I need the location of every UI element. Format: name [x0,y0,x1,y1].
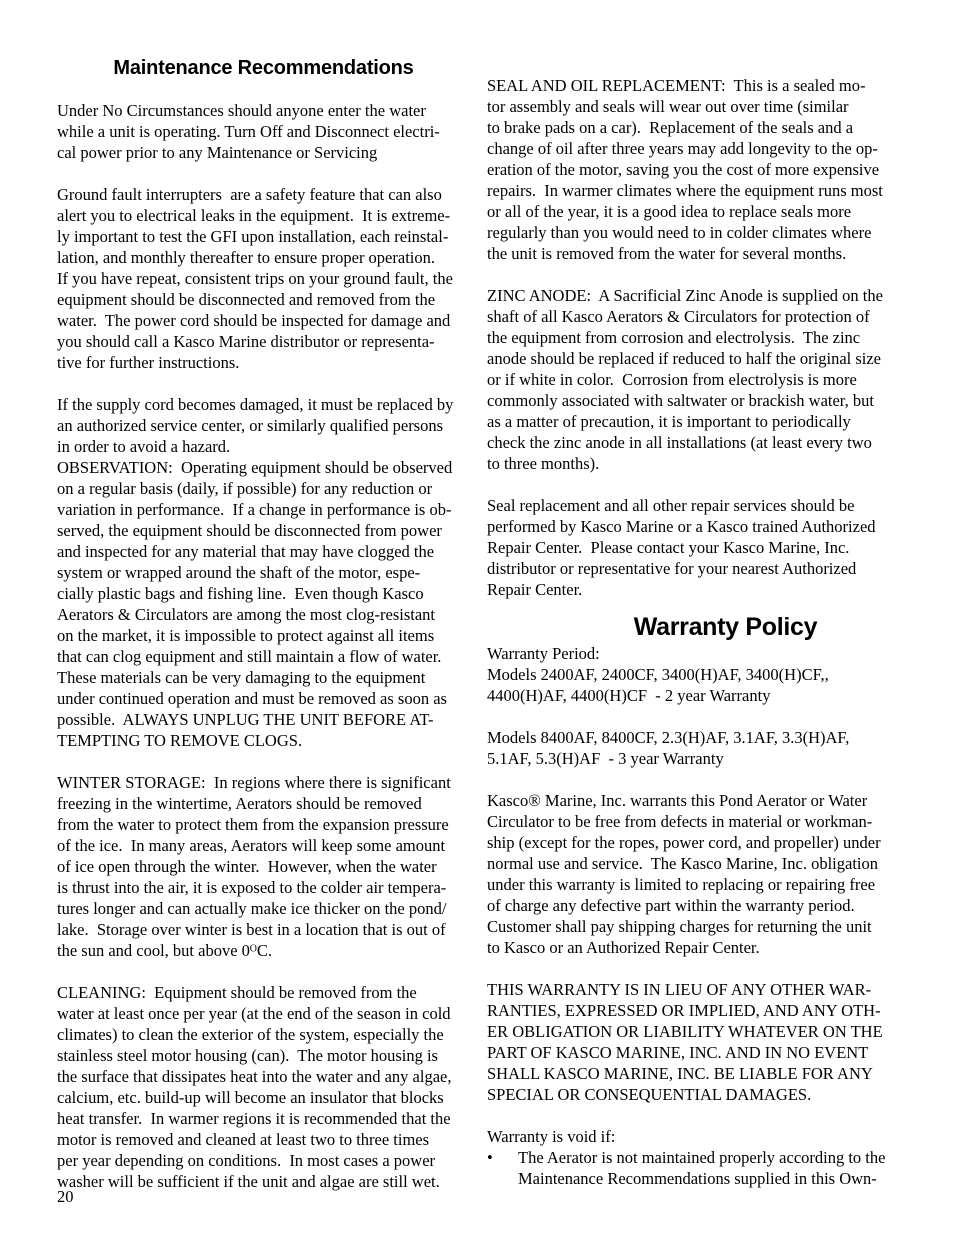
page-number: 20 [57,1186,74,1207]
warranty-void-bullet-item: • The Aerator is not maintained properly… [487,1147,900,1189]
paragraph-warranty-period-2year: Warranty Period: Models 2400AF, 2400CF, … [487,643,900,706]
left-column: Maintenance Recommendations Under No Cir… [57,55,470,1192]
paragraph-intro-warning: Under No Circumstances should anyone ent… [57,100,470,163]
paragraph-winter-storage: WINTER STORAGE: In regions where there i… [57,772,470,961]
two-column-layout: Maintenance Recommendations Under No Cir… [0,0,954,1192]
maintenance-recommendations-heading: Maintenance Recommendations [57,55,470,81]
right-column: SEAL AND OIL REPLACEMENT: This is a seal… [487,55,900,1192]
warranty-void-bullet-text: The Aerator is not maintained properly a… [518,1147,900,1189]
document-page: Maintenance Recommendations Under No Cir… [0,0,954,1235]
paragraph-ground-fault-interrupters: Ground fault interrupters are a safety f… [57,184,470,373]
warranty-policy-heading: Warranty Policy [551,611,900,643]
paragraph-seal-and-oil-replacement: SEAL AND OIL REPLACEMENT: This is a seal… [487,75,900,264]
paragraph-warranty-period-3year: Models 8400AF, 8400CF, 2.3(H)AF, 3.1AF, … [487,727,900,769]
paragraph-supply-cord-observation: If the supply cord becomes damaged, it m… [57,394,470,751]
bullet-icon: • [487,1147,518,1168]
paragraph-cleaning: CLEANING: Equipment should be removed fr… [57,982,470,1192]
paragraph-zinc-anode: ZINC ANODE: A Sacrificial Zinc Anode is … [487,285,900,474]
paragraph-seal-replacement-services: Seal replacement and all other repair se… [487,495,900,600]
warranty-void-intro: Warranty is void if: [487,1126,900,1147]
paragraph-warranty-body: Kasco® Marine, Inc. warrants this Pond A… [487,790,900,958]
paragraph-warranty-disclaimer-caps: THIS WARRANTY IS IN LIEU OF ANY OTHER WA… [487,979,900,1105]
